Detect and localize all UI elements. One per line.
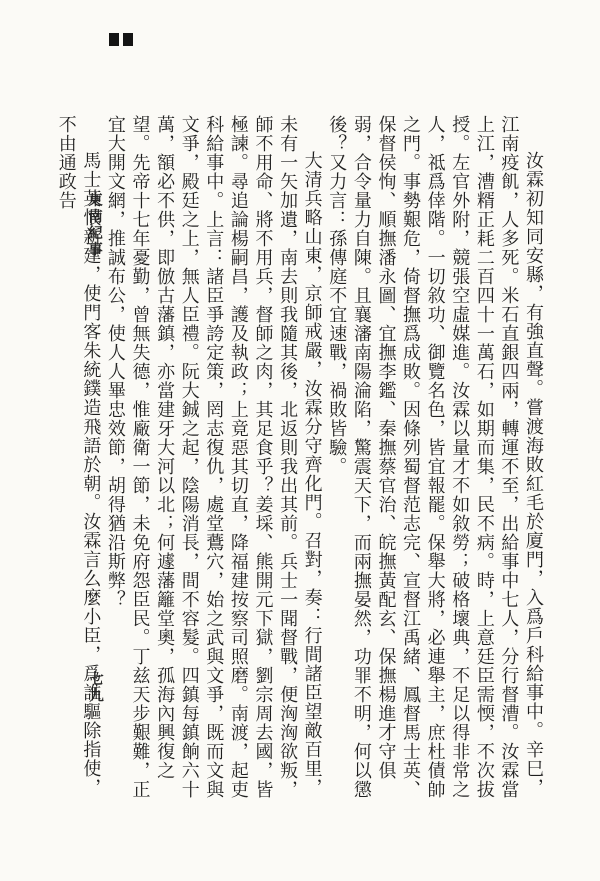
text-paragraph: 馬士英恨新建，使門客朱統鏷造飛語於朝。汝霖言么麼小臣，爲誰驅除指使，不由通政告 bbox=[53, 115, 102, 811]
text-paragraph: 大清兵略山東，京師戒嚴，汝霖分守齊化門。召對，奏：行間諸臣望敵百里，未有一矢加遺… bbox=[102, 115, 323, 811]
main-text-block: 汝霖初知同安縣，有強直聲。嘗渡海敗紅毛於廈門，入爲戶科給事中。辛巳，江南疫飢，人… bbox=[53, 115, 545, 811]
book-page-scan: 東南紀事 七九 汝霖初知同安縣，有強直聲。嘗渡海敗紅毛於廈門，入爲戶科給事中。辛… bbox=[0, 0, 600, 881]
print-registration-marks bbox=[109, 33, 133, 46]
print-mark-icon bbox=[109, 33, 119, 46]
text-paragraph: 汝霖初知同安縣，有強直聲。嘗渡海敗紅毛於廈門，入爲戶科給事中。辛巳，江南疫飢，人… bbox=[324, 115, 545, 811]
print-mark-icon bbox=[123, 33, 133, 46]
